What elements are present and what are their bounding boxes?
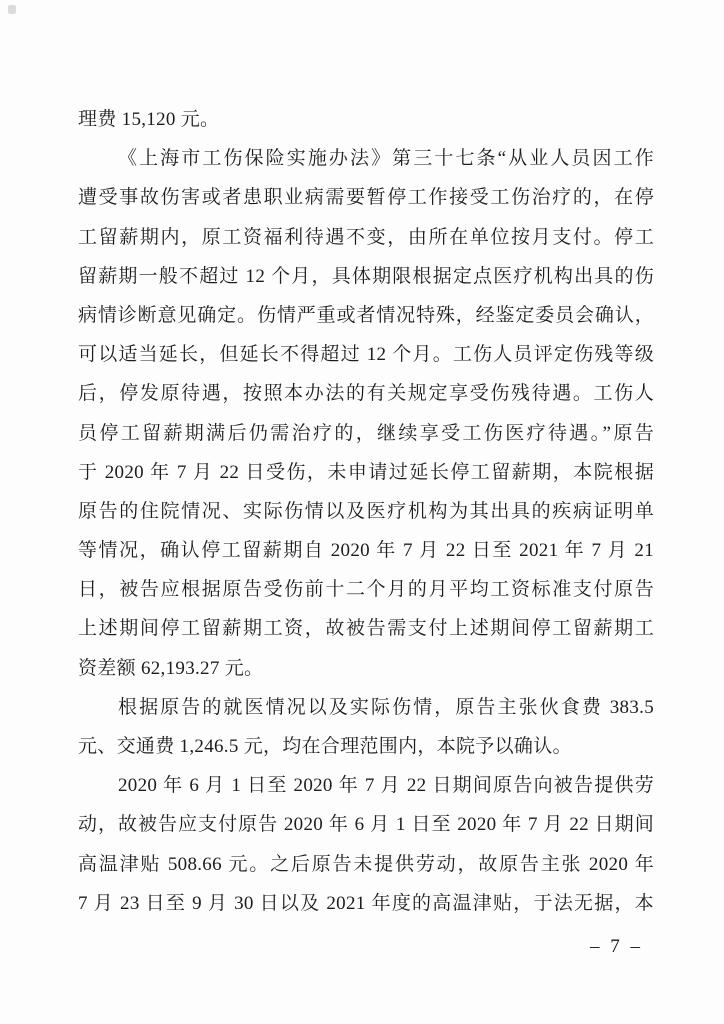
text-line: 理费 15,120 元。 xyxy=(78,100,654,139)
text-line: 7 月 23 日至 9 月 30 日以及 2021 年度的高温津贴，于法无据，本 xyxy=(78,884,654,923)
text-line: 元、交通费 1,246.5 元，均在合理范围内，本院予以确认。 xyxy=(78,727,654,766)
text-line: 2020 年 6 月 1 日至 2020 年 7 月 22 日期间原告向被告提供… xyxy=(78,766,654,805)
text-line: 《上海市工伤保险实施办法》第三十七条“从业人员因工作 xyxy=(78,139,654,178)
text-line: 员停工留薪期满后仍需治疗的，继续享受工伤医疗待遇。”原告 xyxy=(78,414,654,453)
text-line: 后，停发原待遇，按照本办法的有关规定享受伤残待遇。工伤人 xyxy=(78,374,654,413)
text-line: 遭受事故伤害或者患职业病需要暂停工作接受工伤治疗的，在停 xyxy=(78,178,654,217)
document-page: 理费 15,120 元。《上海市工伤保险实施办法》第三十七条“从业人员因工作遭受… xyxy=(0,0,724,1024)
text-line: 留薪期一般不超过 12 个月，具体期限根据定点医疗机构出具的伤 xyxy=(78,257,654,296)
page-number: – 7 – xyxy=(590,936,660,958)
text-line: 原告的住院情况、实际伤情以及医疗机构为其出具的疾病证明单 xyxy=(78,492,654,531)
text-line: 等情况，确认停工留薪期自 2020 年 7 月 22 日至 2021 年 7 月… xyxy=(78,531,654,570)
text-line: 日，被告应根据原告受伤前十二个月的月平均工资标准支付原告 xyxy=(78,570,654,609)
text-line: 根据原告的就医情况以及实际伤情，原告主张伙食费 383.5 xyxy=(78,688,654,727)
text-line: 资差额 62,193.27 元。 xyxy=(78,649,654,688)
text-line: 工留薪期内，原工资福利待遇不变，由所在单位按月支付。停工 xyxy=(78,218,654,257)
text-line: 可以适当延长，但延长不得超过 12 个月。工伤人员评定伤残等级 xyxy=(78,335,654,374)
text-line: 病情诊断意见确定。伤情严重或者情况特殊，经鉴定委员会确认， xyxy=(78,296,654,335)
text-line: 动，故被告应支付原告 2020 年 6 月 1 日至 2020 年 7 月 22… xyxy=(78,805,654,844)
text-line: 上述期间停工留薪期工资，故被告需支付上述期间停工留薪期工 xyxy=(78,609,654,648)
scan-smudge-artifact xyxy=(8,5,16,14)
document-text-block: 理费 15,120 元。《上海市工伤保险实施办法》第三十七条“从业人员因工作遭受… xyxy=(78,100,654,923)
text-line: 于 2020 年 7 月 22 日受伤，未申请过延长停工留薪期，本院根据 xyxy=(78,453,654,492)
text-line: 高温津贴 508.66 元。之后原告未提供劳动，故原告主张 2020 年 xyxy=(78,845,654,884)
